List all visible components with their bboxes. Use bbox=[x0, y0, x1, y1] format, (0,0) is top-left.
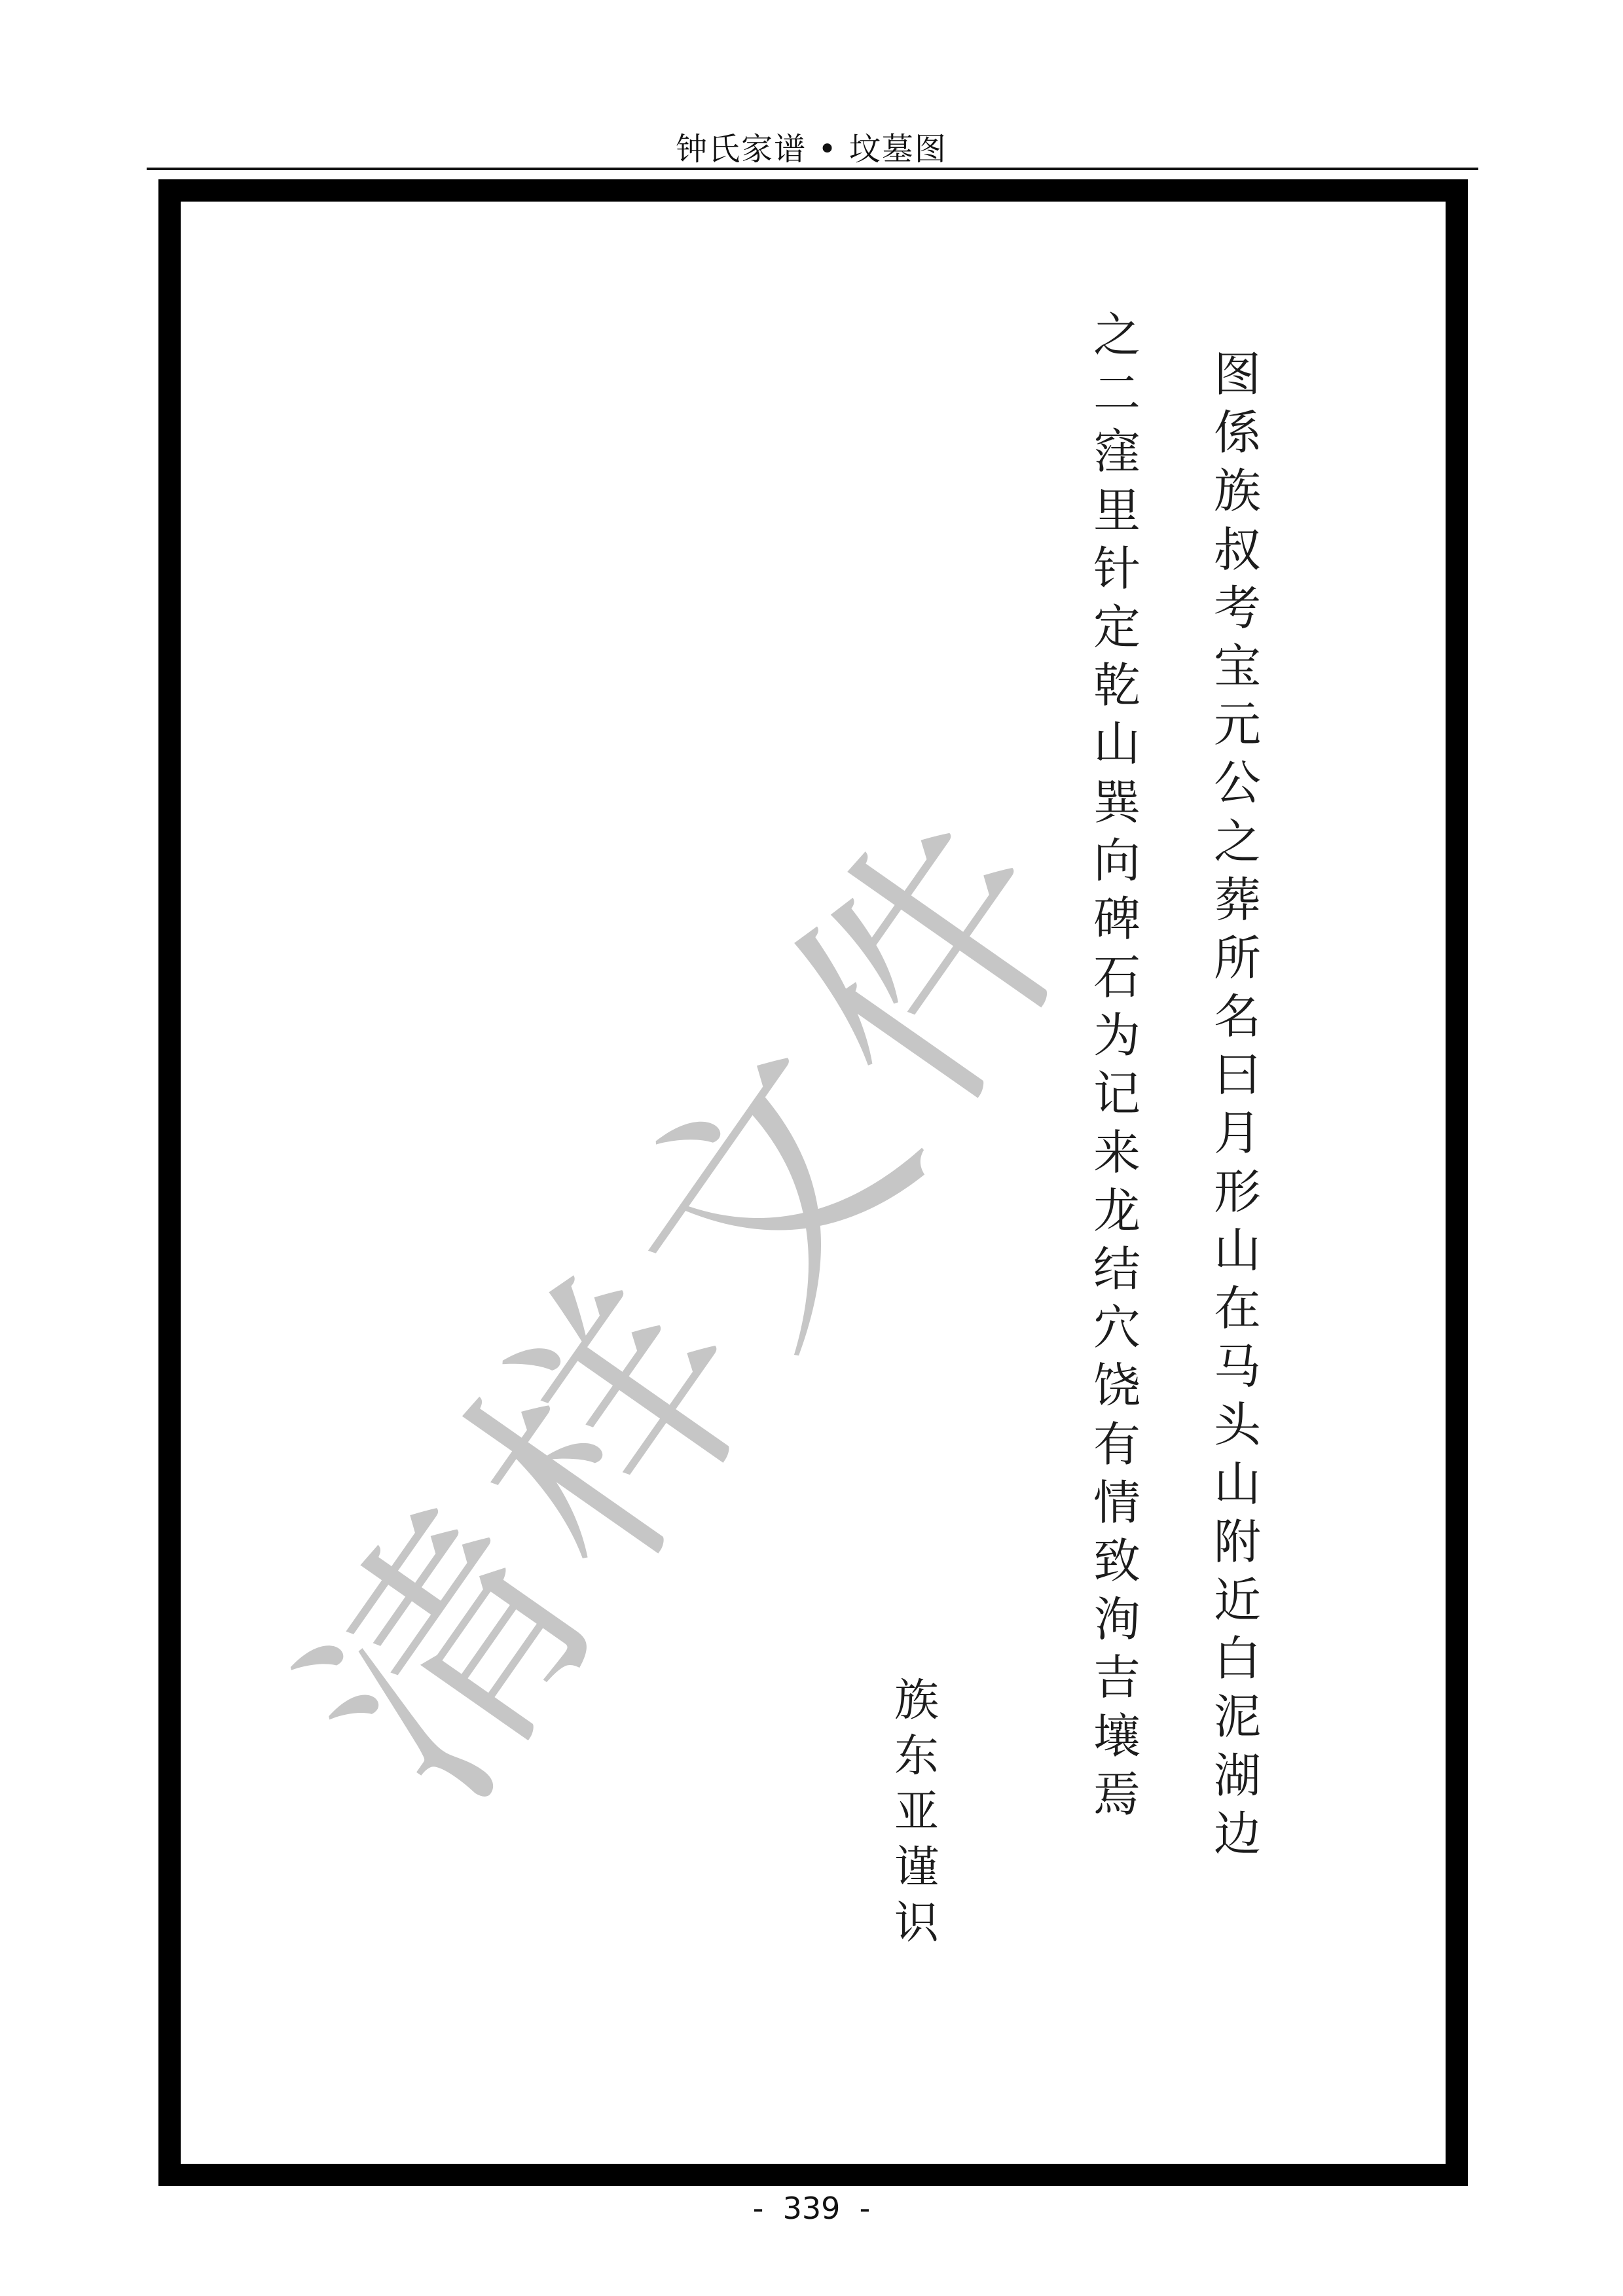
char: 元 bbox=[1205, 696, 1270, 754]
char: 情 bbox=[1084, 1474, 1150, 1532]
char: 记 bbox=[1084, 1065, 1150, 1123]
char: 龙 bbox=[1084, 1182, 1150, 1240]
char: 族 bbox=[1205, 462, 1270, 520]
char: 湖 bbox=[1205, 1747, 1270, 1805]
char: 马 bbox=[1205, 1338, 1270, 1396]
char: 考 bbox=[1205, 579, 1270, 637]
char: 石 bbox=[1084, 948, 1150, 1007]
char: 山 bbox=[1084, 715, 1150, 773]
char: 头 bbox=[1205, 1396, 1270, 1454]
char: 里 bbox=[1084, 482, 1150, 540]
char: 近 bbox=[1205, 1571, 1270, 1630]
char: 公 bbox=[1205, 754, 1270, 812]
char: 穴 bbox=[1084, 1299, 1150, 1357]
running-head-title: 钟氏家谱 • 坟墓图 bbox=[0, 128, 1623, 170]
page-number: - 339 - bbox=[0, 2189, 1623, 2228]
char: 係 bbox=[1205, 404, 1270, 462]
char: 结 bbox=[1084, 1240, 1150, 1299]
char: 曰 bbox=[1205, 1046, 1270, 1104]
char: 针 bbox=[1084, 540, 1150, 598]
char: 边 bbox=[1205, 1805, 1270, 1863]
char: 致 bbox=[1084, 1532, 1150, 1590]
char: 图 bbox=[1205, 346, 1270, 404]
char: 月 bbox=[1205, 1104, 1270, 1162]
char: 定 bbox=[1084, 598, 1150, 656]
char: 壤 bbox=[1084, 1708, 1150, 1766]
char: 之 bbox=[1205, 813, 1270, 871]
char: 白 bbox=[1205, 1630, 1270, 1688]
char: 焉 bbox=[1084, 1766, 1150, 1824]
char: 亚 bbox=[884, 1784, 949, 1840]
char: 东 bbox=[884, 1729, 949, 1784]
char: 有 bbox=[1084, 1416, 1150, 1474]
header-rule bbox=[147, 168, 1478, 170]
text-column-1: 图 係 族 叔 考 宝 元 公 之 葬 所 名 曰 月 形 山 在 马 头 山 … bbox=[1205, 346, 1270, 1863]
char: 谨 bbox=[884, 1840, 949, 1895]
char: 名 bbox=[1205, 988, 1270, 1046]
char: 在 bbox=[1205, 1280, 1270, 1338]
char: 饶 bbox=[1084, 1357, 1150, 1415]
char: 为 bbox=[1084, 1007, 1150, 1065]
char: 附 bbox=[1205, 1513, 1270, 1571]
char: 识 bbox=[884, 1895, 949, 1951]
char: 来 bbox=[1084, 1124, 1150, 1182]
char: 泥 bbox=[1205, 1688, 1270, 1746]
char: 窪 bbox=[1084, 423, 1150, 481]
char: 二 bbox=[1084, 365, 1150, 423]
char: 向 bbox=[1084, 832, 1150, 890]
char: 族 bbox=[884, 1673, 949, 1729]
char: 碑 bbox=[1084, 890, 1150, 948]
char: 之 bbox=[1084, 306, 1150, 365]
page-frame bbox=[158, 179, 1468, 2186]
char: 山 bbox=[1205, 1221, 1270, 1280]
char: 叔 bbox=[1205, 521, 1270, 579]
char: 宝 bbox=[1205, 637, 1270, 696]
char: 巽 bbox=[1084, 774, 1150, 832]
char: 洵 bbox=[1084, 1590, 1150, 1649]
text-column-2: 之 二 窪 里 针 定 乾 山 巽 向 碑 石 为 记 来 龙 结 穴 饶 有 … bbox=[1084, 306, 1150, 1824]
char: 吉 bbox=[1084, 1649, 1150, 1707]
char: 所 bbox=[1205, 929, 1270, 988]
char: 山 bbox=[1205, 1455, 1270, 1513]
char: 葬 bbox=[1205, 871, 1270, 929]
signature-column: 族 东 亚 谨 识 bbox=[884, 1673, 949, 1951]
char: 乾 bbox=[1084, 656, 1150, 715]
char: 形 bbox=[1205, 1163, 1270, 1221]
